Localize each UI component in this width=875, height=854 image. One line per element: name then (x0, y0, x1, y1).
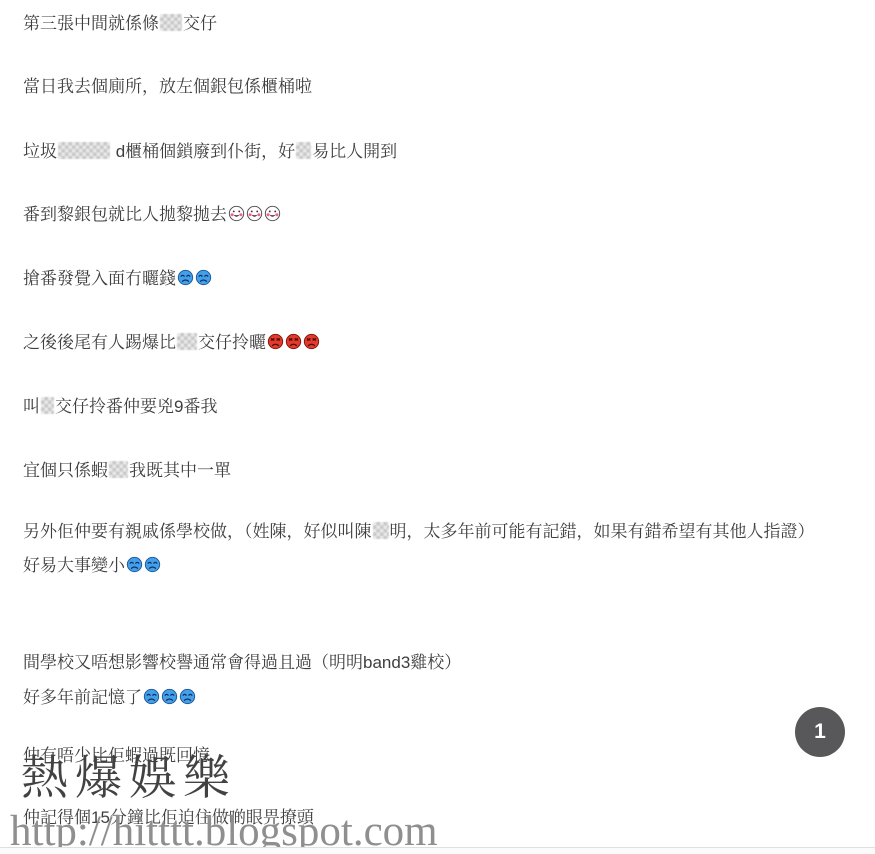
post-text: 交仔拎番仲要兇9番我 (55, 397, 217, 416)
post-line: 第三張中間就係條交仔 (23, 14, 217, 31)
post-paragraph: 間學校又唔想影響校譽通常會得過且過（明明band3雞校）好多年前記憶了 (23, 654, 461, 722)
post-text: 易比人開到 (312, 142, 397, 161)
post-line: 垃圾 d櫃桶個鎖廢到仆街，好易比人開到 (23, 142, 397, 159)
post-text: 交仔 (183, 14, 217, 33)
blue-sad-face-emoji (195, 269, 212, 286)
censored-blur-patch (160, 14, 182, 31)
post-paragraph: 搶番發覺入面冇曬錢 (23, 269, 212, 303)
post-text: 我既其中一單 (129, 461, 231, 480)
post-line: 宜個只係蝦我既其中一單 (23, 461, 231, 478)
post-text: 第三張中間就係條 (23, 14, 159, 33)
rosy-cheeks-smiley-emoji (246, 205, 263, 222)
post-line: 搶番發覺入面冇曬錢 (23, 269, 212, 286)
post-paragraph: 宜個只係蝦我既其中一單 (23, 461, 231, 495)
post-line: 好多年前記憶了 (23, 688, 461, 705)
post-line: 間學校又唔想影響校譽通常會得過且過（明明band3雞校） (23, 654, 461, 671)
post-line: 當日我去個廁所，放左個銀包係櫃桶啦 (23, 78, 312, 95)
post-paragraph: 當日我去個廁所，放左個銀包係櫃桶啦 (23, 78, 312, 112)
post-paragraph: 垃圾 d櫃桶個鎖廢到仆街，好易比人開到 (23, 142, 397, 176)
page-number: 1 (814, 720, 826, 744)
post-paragraph: 第三張中間就係條交仔 (23, 14, 217, 48)
post-line: 好易大事變小 (23, 556, 815, 573)
bottom-divider (0, 847, 875, 854)
censored-blur-patch (41, 397, 54, 414)
post-text: 交仔拎曬 (198, 333, 266, 352)
post-paragraph: 另外佢仲要有親戚係學校做，（姓陳，好似叫陳明，太多年前可能有記錯，如果有錯希望有… (23, 522, 815, 590)
blue-sad-face-emoji (126, 556, 143, 573)
blue-sad-face-emoji (161, 688, 178, 705)
blue-sad-face-emoji (177, 269, 194, 286)
post-content: 第三張中間就係條交仔當日我去個廁所，放左個銀包係櫃桶啦垃圾 d櫃桶個鎖廢到仆街，… (0, 0, 875, 854)
post-paragraph: 叫交仔拎番仲要兇9番我 (23, 397, 217, 431)
post-line: 之後後尾有人踢爆比交仔拎曬 (23, 333, 320, 350)
censored-blur-patch (58, 142, 110, 159)
post-text: 間學校又唔想影響校譽通常會得過且過（明明band3雞校） (23, 653, 461, 672)
post-text: 垃圾 (23, 142, 57, 161)
post-text: 宜個只係蝦 (23, 461, 108, 480)
blue-sad-face-emoji (144, 556, 161, 573)
blue-sad-face-emoji (143, 688, 160, 705)
post-line: 另外佢仲要有親戚係學校做，（姓陳，好似叫陳明，太多年前可能有記錯，如果有錯希望有… (23, 522, 815, 539)
post-line: 叫交仔拎番仲要兇9番我 (23, 397, 217, 414)
post-text: 叫 (23, 397, 40, 416)
blog-post-page: 第三張中間就係條交仔當日我去個廁所，放左個銀包係櫃桶啦垃圾 d櫃桶個鎖廢到仆街，… (0, 0, 875, 854)
red-angry-face-emoji (267, 333, 284, 350)
post-text: 搶番發覺入面冇曬錢 (23, 269, 176, 288)
rosy-cheeks-smiley-emoji (264, 205, 281, 222)
post-text: 番到黎銀包就比人拋黎拋去 (23, 205, 227, 224)
post-text: 當日我去個廁所，放左個銀包係櫃桶啦 (23, 77, 312, 96)
red-angry-face-emoji (285, 333, 302, 350)
page-number-badge[interactable]: 1 (795, 707, 845, 757)
post-line: 番到黎銀包就比人拋黎拋去 (23, 205, 281, 222)
post-text: 好多年前記憶了 (23, 688, 142, 707)
censored-blur-patch (373, 522, 389, 539)
watermark-site-name: 熱爆娛樂 (21, 756, 237, 803)
blue-sad-face-emoji (179, 688, 196, 705)
post-text: 好易大事變小 (23, 556, 125, 575)
censored-blur-patch (296, 142, 311, 159)
red-angry-face-emoji (303, 333, 320, 350)
post-paragraph: 番到黎銀包就比人拋黎拋去 (23, 205, 281, 239)
censored-blur-patch (177, 333, 197, 350)
post-paragraph: 之後後尾有人踢爆比交仔拎曬 (23, 333, 320, 367)
post-text: 明，太多年前可能有記錯，如果有錯希望有其他人指證） (390, 522, 815, 541)
post-text: d櫃桶個鎖廢到仆街，好 (111, 142, 295, 161)
post-text: 之後後尾有人踢爆比 (23, 333, 176, 352)
rosy-cheeks-smiley-emoji (228, 205, 245, 222)
censored-blur-patch (109, 461, 128, 478)
post-text: 另外佢仲要有親戚係學校做，（姓陳，好似叫陳 (23, 522, 372, 541)
